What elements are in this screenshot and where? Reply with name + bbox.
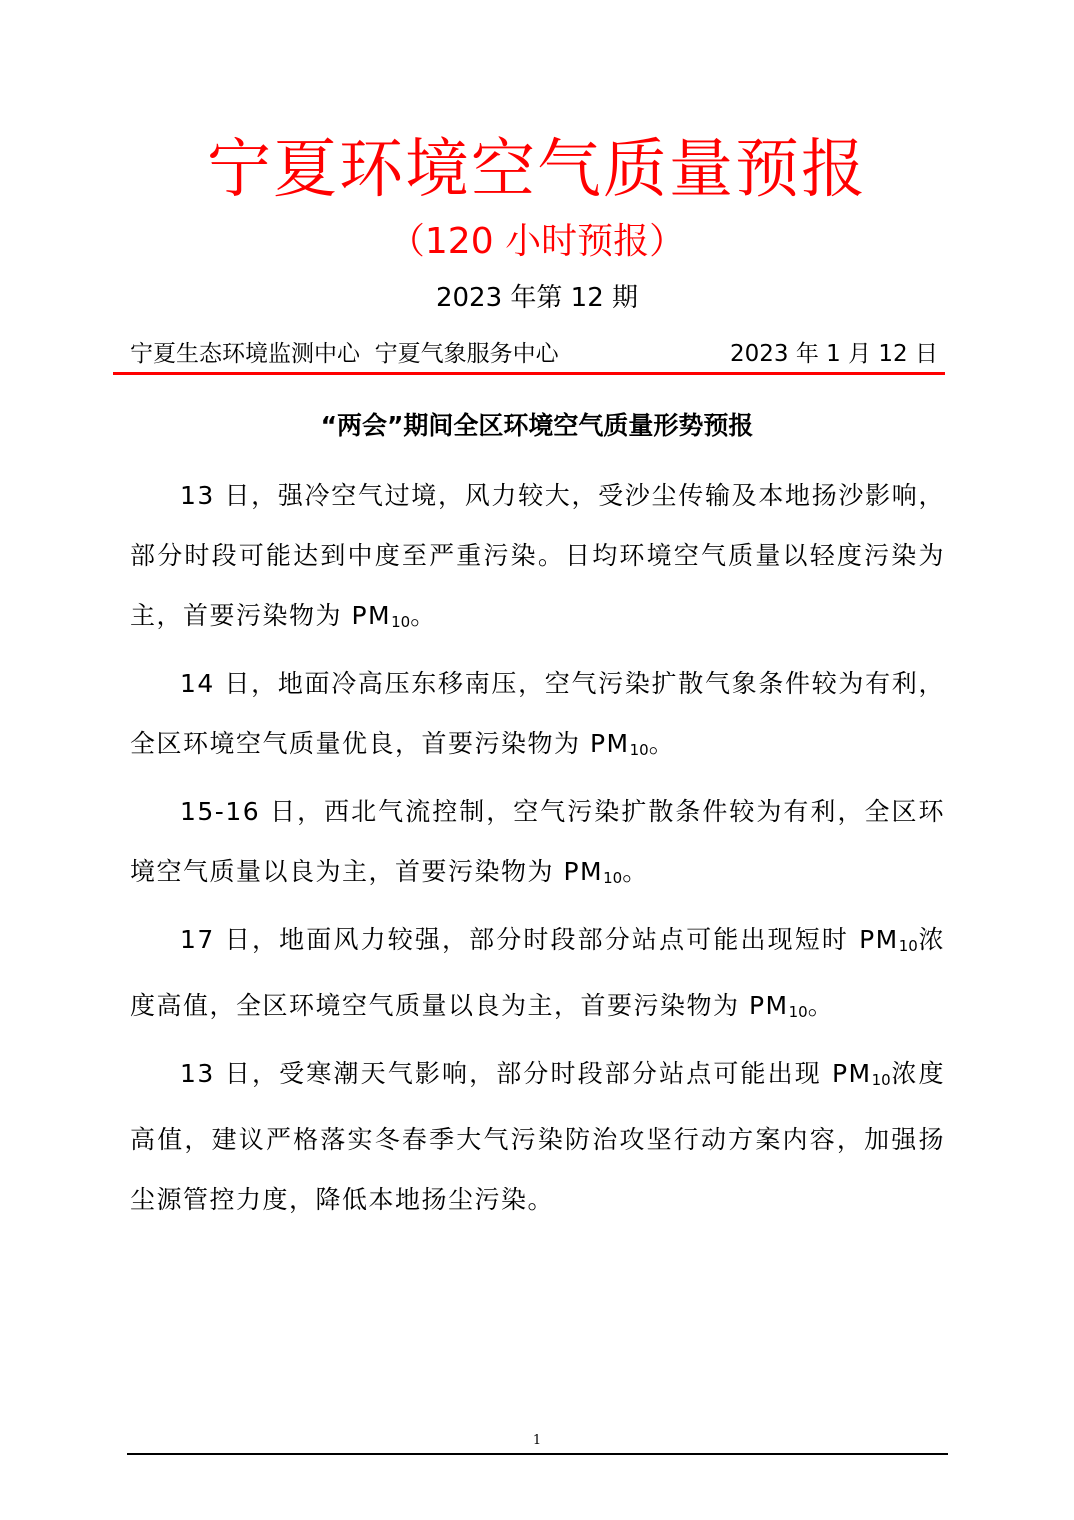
paragraph-text: 13 日，受寒潮天气影响，部分时段部分站点可能出现 PM [180, 1059, 872, 1088]
paragraph-text: 。 [410, 601, 437, 630]
paragraph-day-13: 13 日，强冷空气过境，风力较大，受沙尘传输及本地扬沙影响，部分时段可能达到中度… [130, 466, 945, 652]
publish-date: 2023 年 1 月 12 日 [730, 337, 938, 371]
subscript: 10 [872, 1071, 891, 1089]
header-divider [113, 372, 945, 375]
subscript: 10 [899, 937, 918, 955]
paragraph-day-17: 17 日，地面风力较强，部分时段部分站点可能出现短时 PM10浓度高值，全区环境… [130, 910, 945, 1042]
paragraph-text: 。 [649, 729, 676, 758]
subscript: 10 [391, 613, 410, 631]
paragraph-recommendation: 13 日，受寒潮天气影响，部分时段部分站点可能出现 PM10浓度高值，建议严格落… [130, 1044, 945, 1230]
paragraph-text: 15-16 日，西北气流控制，空气污染扩散条件较为有利，全区环境空气质量以良为主… [130, 797, 945, 886]
paragraph-text: 。 [808, 991, 835, 1020]
article-heading: “两会”期间全区环境空气质量形势预报 [0, 406, 1074, 446]
document-subtitle: （120 小时预报） [0, 218, 1074, 266]
publishing-organizations: 宁夏生态环境监测中心 宁夏气象服务中心 [130, 337, 559, 371]
issue-number: 2023 年第 12 期 [0, 280, 1074, 316]
paragraph-text: 13 日，强冷空气过境，风力较大，受沙尘传输及本地扬沙影响，部分时段可能达到中度… [130, 481, 945, 630]
paragraph-text: 17 日，地面风力较强，部分时段部分站点可能出现短时 PM [180, 925, 899, 954]
paragraph-text: 14 日，地面冷高压东移南压，空气污染扩散气象条件较为有利，全区环境空气质量优良… [130, 669, 945, 758]
paragraph-day-14: 14 日，地面冷高压东移南压，空气污染扩散气象条件较为有利，全区环境空气质量优良… [130, 654, 945, 780]
subscript: 10 [630, 741, 649, 759]
paragraph-day-15-16: 15-16 日，西北气流控制，空气污染扩散条件较为有利，全区环境空气质量以良为主… [130, 782, 945, 908]
subscript: 10 [789, 1003, 808, 1021]
paragraph-text: 。 [622, 857, 649, 886]
subscript: 10 [603, 869, 622, 887]
publisher-row: 宁夏生态环境监测中心 宁夏气象服务中心 2023 年 1 月 12 日 [130, 337, 938, 371]
document-title: 宁夏环境空气质量预报 [0, 130, 1074, 210]
page-number: 1 [0, 1432, 1074, 1450]
footer-divider [127, 1453, 948, 1455]
article-body: 13 日，强冷空气过境，风力较大，受沙尘传输及本地扬沙影响，部分时段可能达到中度… [130, 466, 945, 1232]
